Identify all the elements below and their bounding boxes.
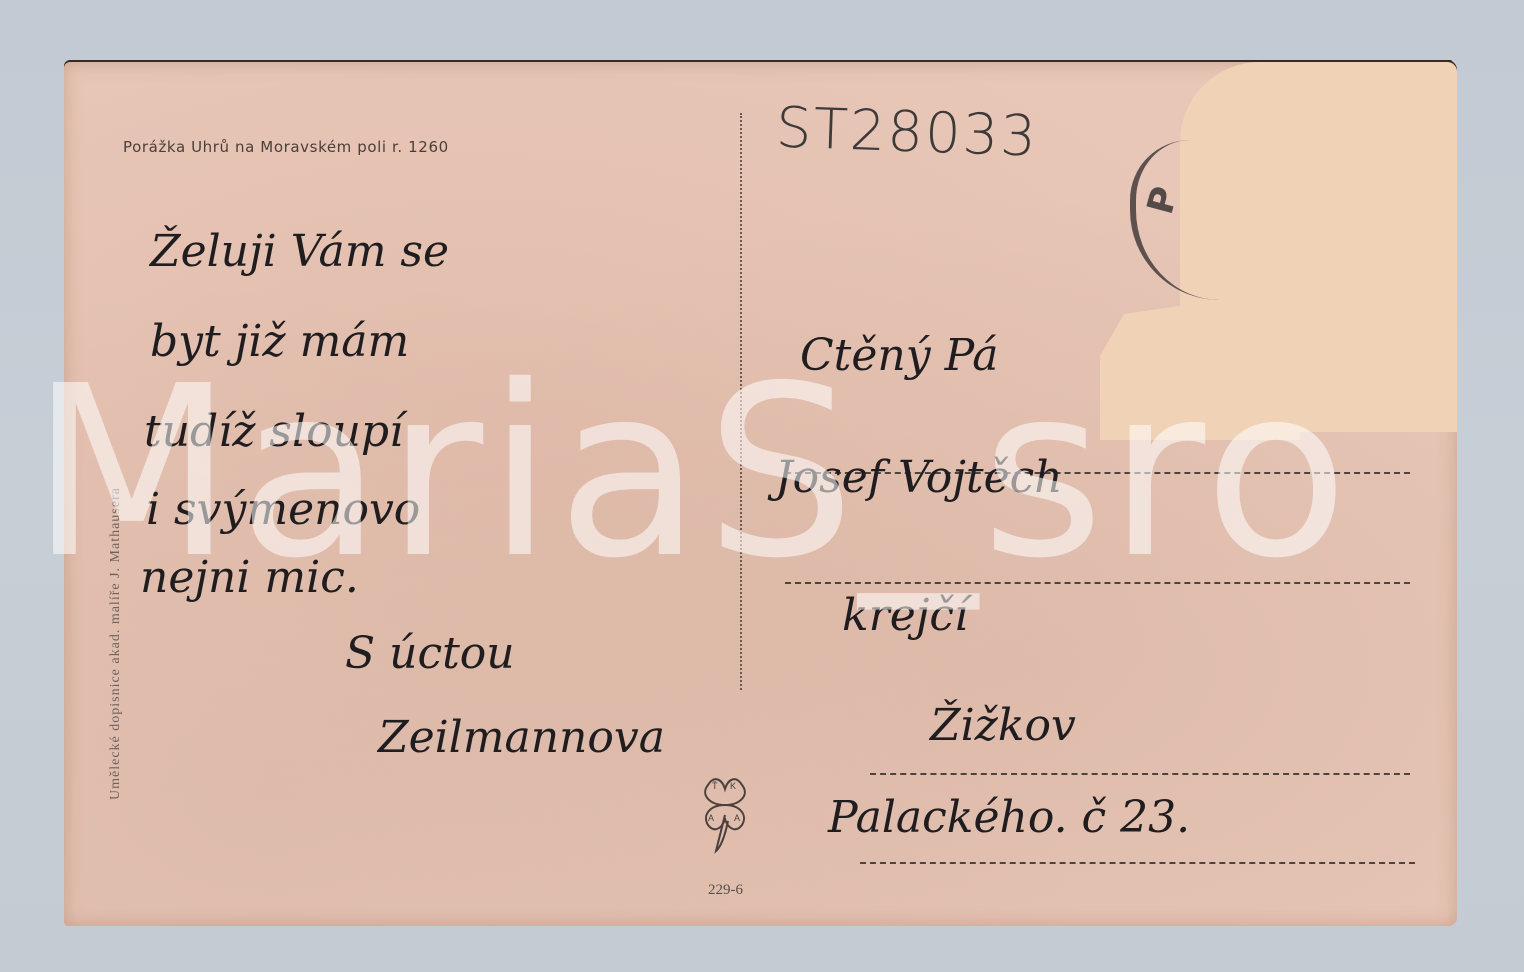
address-occupation: krejčí — [842, 590, 968, 641]
inventory-number: ST28033 — [775, 95, 1039, 169]
publisher-imprint: Umělecké dopisnice akad. malíře J. Matha… — [108, 487, 124, 800]
address-salutation: Ctěný Pá — [800, 330, 998, 381]
center-divider — [740, 113, 742, 690]
message-line: Želuji Vám se — [150, 226, 449, 277]
message-line: tudíž sloupí — [144, 406, 403, 457]
address-rule — [860, 862, 1415, 864]
address-town: Žižkov — [930, 700, 1076, 751]
svg-text:A: A — [708, 813, 714, 823]
svg-text:Ť: Ť — [712, 781, 718, 791]
address-rule — [870, 773, 1410, 775]
clover-logo-icon: Ť K A A — [690, 765, 760, 855]
message-line: nejni mic. — [140, 552, 359, 603]
address-name: Josef Vojtěch — [775, 452, 1063, 503]
peeled-stamp-area-lower — [1100, 300, 1300, 440]
message-line: byt již mám — [150, 316, 409, 367]
signature: Zeilmannova — [378, 712, 665, 763]
printed-caption: Porážka Uhrů na Moravském poli r. 1260 — [123, 138, 449, 156]
address-rule — [785, 582, 1410, 584]
address-street: Palackého. č 23. — [828, 792, 1190, 843]
print-code: 229-6 — [708, 882, 743, 899]
message-line: i svýmenovo — [146, 484, 420, 535]
svg-text:A: A — [734, 813, 740, 823]
message-line: S úctou — [345, 628, 515, 679]
svg-text:K: K — [730, 781, 736, 791]
